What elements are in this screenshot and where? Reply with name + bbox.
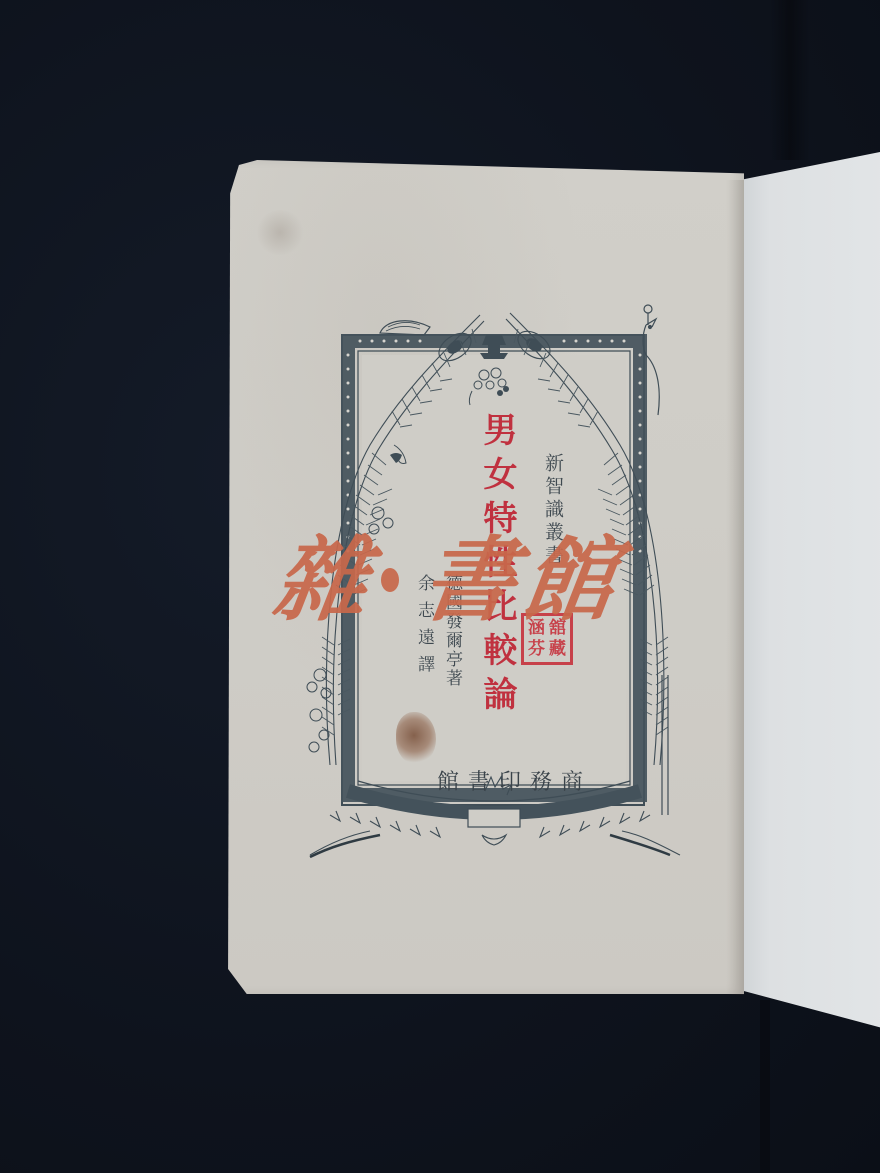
series-name: 新智識叢書	[543, 453, 562, 568]
author-line: 德國發爾亭著	[443, 574, 460, 688]
seal-char: 涵	[526, 618, 547, 639]
cloth-fold-shadow-bottom	[760, 1000, 770, 1173]
seal-char: 芬	[526, 639, 547, 660]
book-title: 男女特性比較論	[480, 412, 514, 720]
page-edge-shadow	[726, 180, 744, 995]
translator-line: 余志遠譯	[415, 574, 432, 682]
red-collector-seal: 涵 舘 芬 藏	[521, 613, 573, 665]
publisher-name: 商務印書館	[437, 765, 592, 796]
seal-char: 藏	[547, 639, 568, 660]
seal-char: 舘	[547, 618, 568, 639]
brown-water-stain	[396, 712, 436, 764]
paper-stain-topleft	[255, 210, 305, 255]
facing-blank-page	[740, 150, 880, 1030]
cloth-fold-shadow	[770, 0, 810, 160]
